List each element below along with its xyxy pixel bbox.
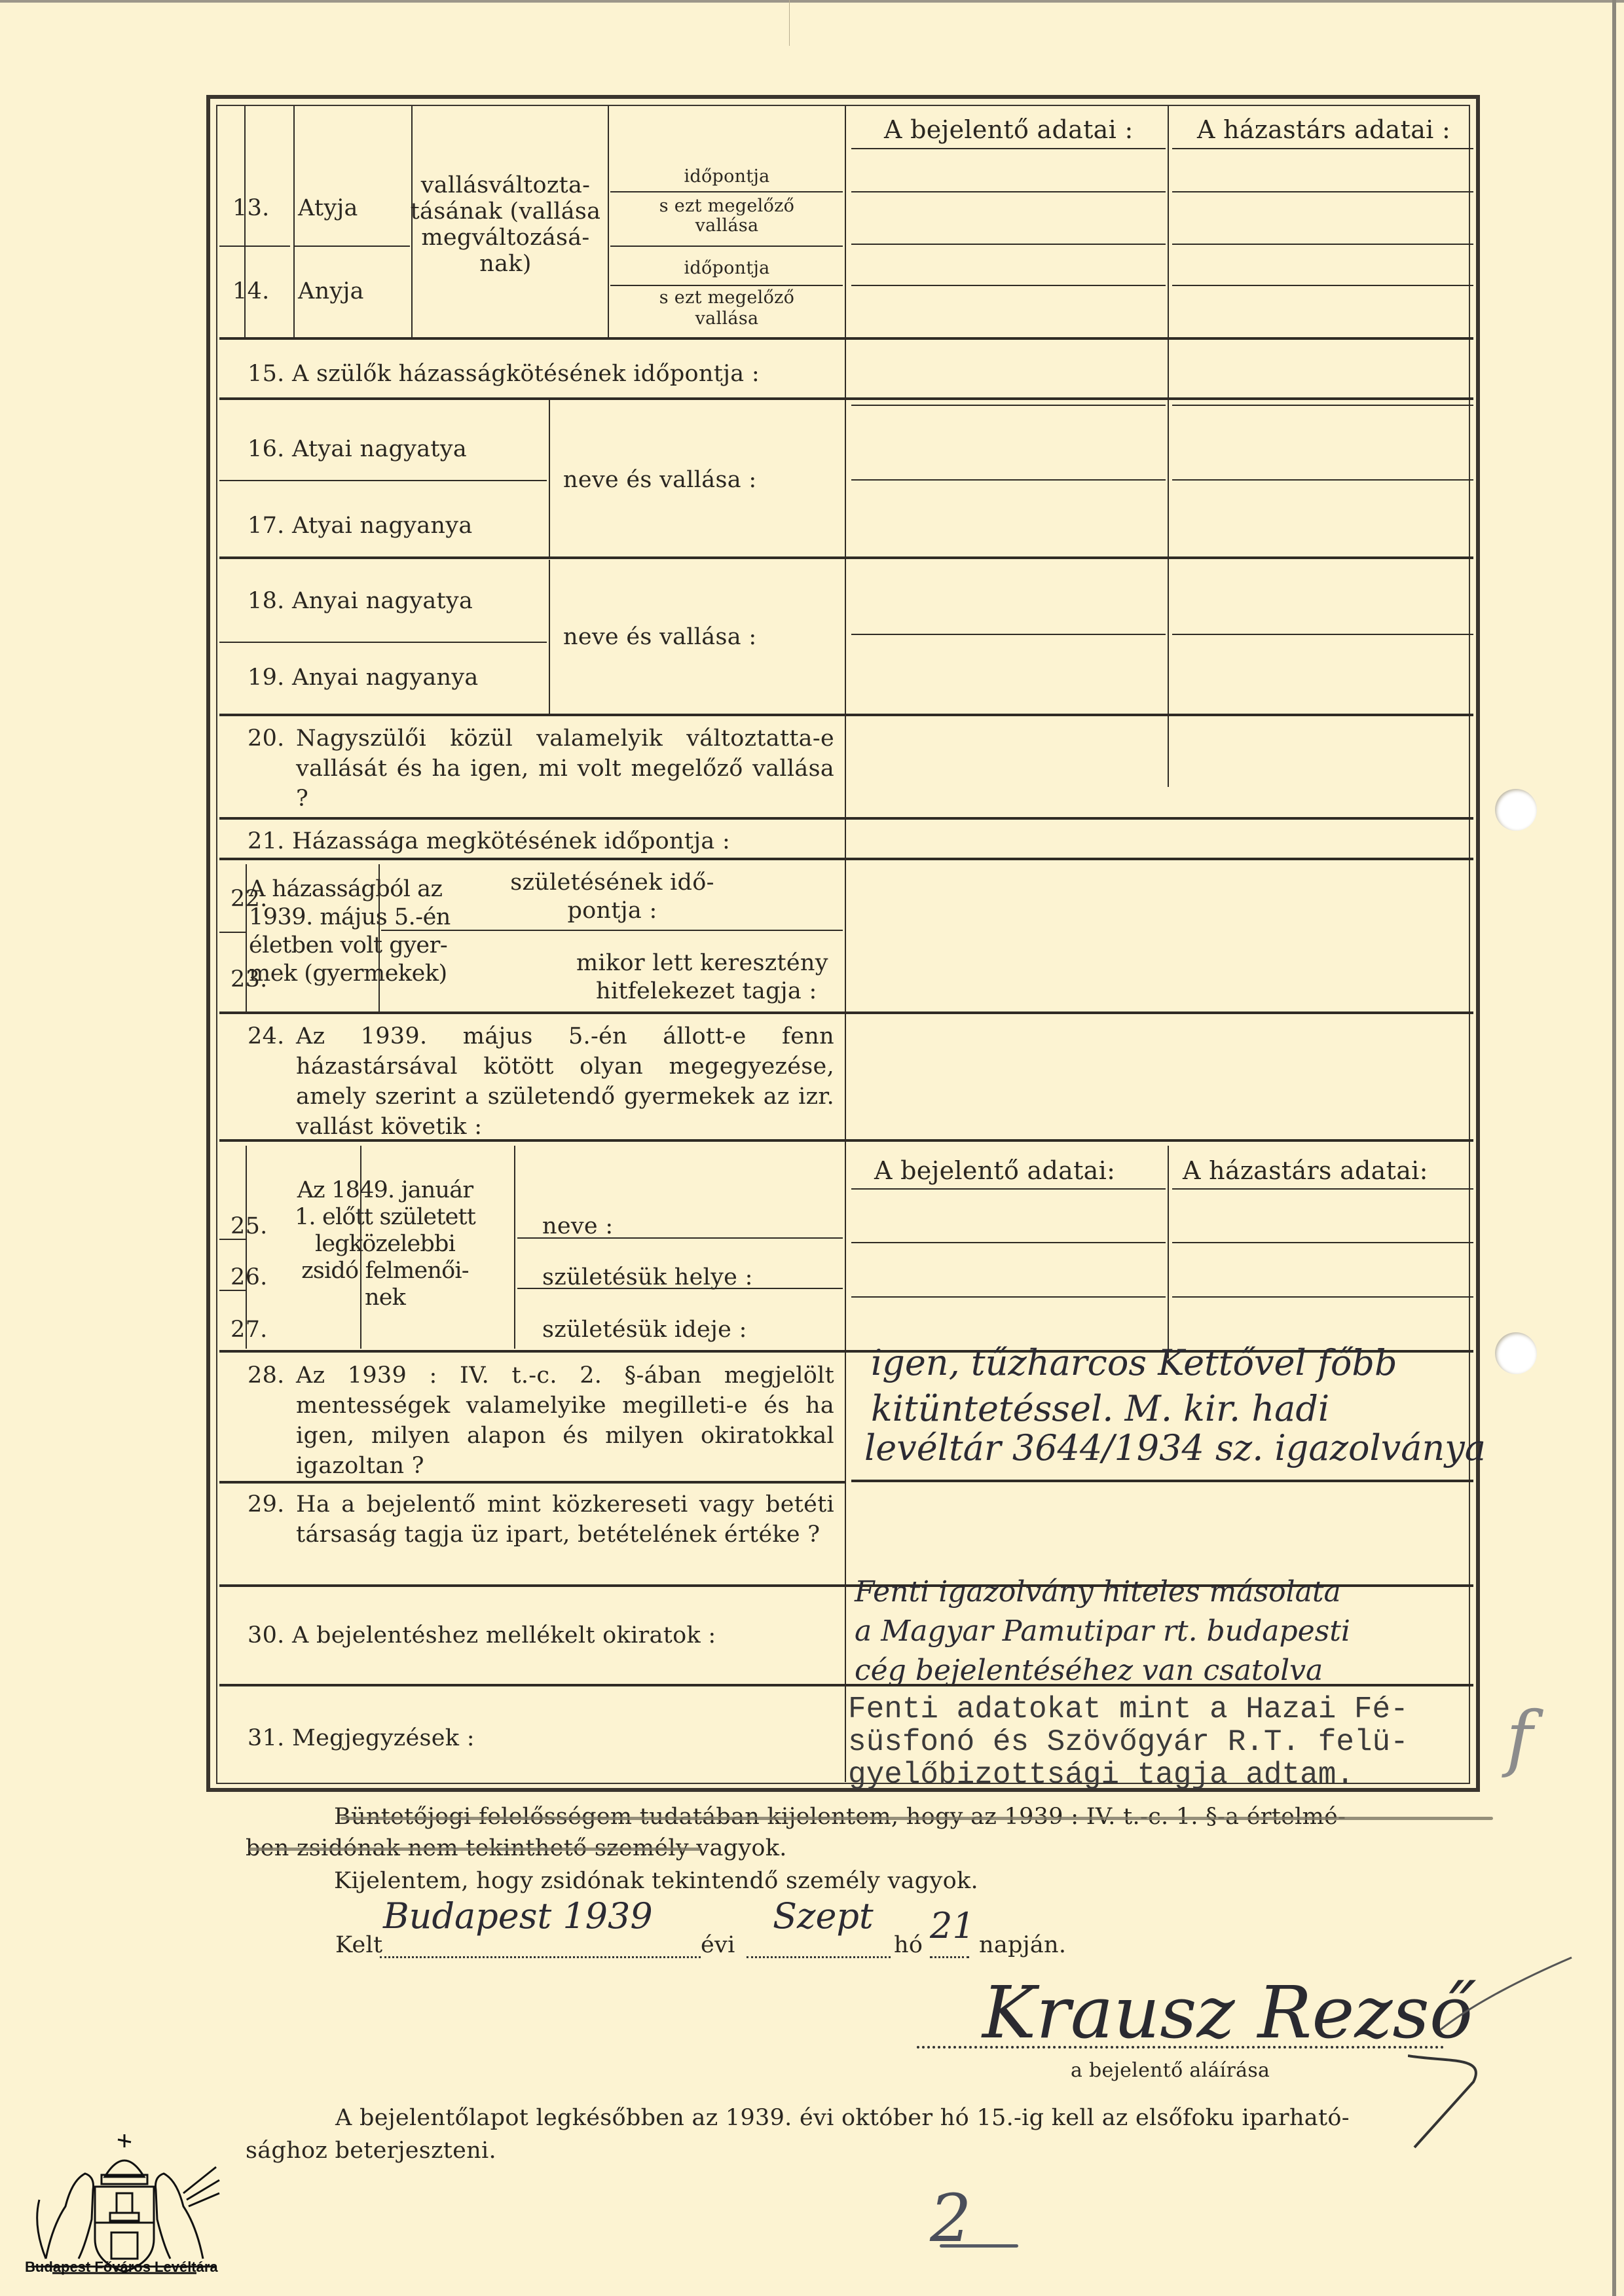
page-number-underline <box>940 2244 1018 2248</box>
footer-note-line-2: sághoz beterjeszteni. <box>246 2136 496 2166</box>
row-16-label: 16. Atyai nagyatya <box>248 434 467 464</box>
row-25-27-desc-5: nek <box>248 1283 523 1313</box>
rule <box>1172 148 1473 149</box>
row-15-label: 15. A szülők házasságkötésének időpontja… <box>248 359 760 389</box>
section-rule <box>219 1139 1473 1142</box>
header2-declarant: A bejelentő adatai: <box>874 1156 1115 1186</box>
row-13-label: Atyja <box>298 193 358 223</box>
rule <box>1172 405 1473 406</box>
row-25-27-desc-4: zsidó felmenői- <box>248 1256 523 1286</box>
napjan-label: napján. <box>979 1930 1066 1960</box>
section-rule <box>219 556 1473 559</box>
row-22-23-desc-3: életben volt gyer- <box>249 930 378 960</box>
rule <box>610 285 843 286</box>
row-14-label: Anyja <box>298 276 364 306</box>
row-25-27-desc-1: Az 1849. január <box>248 1175 523 1205</box>
rule <box>851 148 1166 149</box>
header-spouse: A házastárs adatai : <box>1197 115 1450 145</box>
row-19-label: 19. Anyai nagyanya <box>248 663 479 693</box>
section-rule <box>851 1480 1473 1482</box>
row-31-typed-line-1: Fenti adatokat mint a Hazai Fé- <box>848 1692 1409 1726</box>
row-14-number: 14. <box>232 276 270 306</box>
rule <box>1172 1296 1473 1298</box>
row-30-answer-line-1: Fenti igazolvány hiteles másolata <box>855 1571 1341 1613</box>
row-23-sub-1: mikor lett keresztény <box>576 948 828 978</box>
answer-subcolumn-divider-bottom <box>1168 1146 1169 1358</box>
divider <box>549 560 550 716</box>
divider <box>549 399 550 556</box>
footer-note-line-1: A bejelentőlapot legkésőbben az 1939. év… <box>335 2103 1350 2133</box>
row-25-sub: neve : <box>542 1211 613 1241</box>
section-rule <box>219 1684 1473 1686</box>
row-20-number: 20. <box>248 723 285 754</box>
row-31-label: 31. Megjegyzések : <box>248 1723 475 1753</box>
row-30-label: 30. A bejelentéshez mellékelt okiratok : <box>248 1620 716 1650</box>
ho-label: hó <box>894 1930 923 1960</box>
punch-hole <box>1495 1332 1537 1374</box>
kelt-label: Kelt <box>335 1930 382 1960</box>
row-25-27-desc-3: legközelebbi <box>248 1229 523 1259</box>
rule <box>851 285 1166 286</box>
rule <box>1172 285 1473 286</box>
rule <box>219 932 246 933</box>
rule <box>1172 244 1473 245</box>
rule <box>610 246 843 247</box>
row-14-prev-label-1: s ezt megelőző <box>609 288 845 308</box>
row-22-23-desc-4: mek (gyermekek) <box>249 958 378 989</box>
section-rule <box>219 714 1473 716</box>
rule <box>1172 191 1473 192</box>
row-31-typed-line-2: süsfonó és Szövőgyár R.T. felü- <box>848 1725 1409 1759</box>
month-handwritten: Szept <box>773 1895 874 1937</box>
rule <box>1172 1188 1473 1190</box>
signature-flourish-icon <box>1408 1951 1604 2160</box>
rule <box>1172 1242 1473 1243</box>
day-handwritten: 21 <box>930 1905 975 1946</box>
row-28-number: 28. <box>248 1360 285 1391</box>
row-17-label: 17. Atyai nagyanya <box>248 511 473 541</box>
rule <box>851 634 1166 635</box>
section-rule <box>219 397 1473 400</box>
row-25-27-desc-2: 1. előtt született <box>248 1202 523 1232</box>
place-year-handwritten: Budapest 1939 <box>383 1895 653 1937</box>
column-divider <box>845 106 846 1782</box>
header2-spouse: A házastárs adatai: <box>1183 1156 1428 1186</box>
row-13-number: 13. <box>232 193 270 223</box>
rule <box>851 244 1166 245</box>
page-edge-right <box>1612 0 1616 2296</box>
rule <box>219 246 290 247</box>
row-16-17-desc: neve és vallása : <box>563 465 756 495</box>
page-edge-top <box>0 0 1624 3</box>
fold-line <box>789 0 790 46</box>
rule <box>219 642 547 643</box>
row-30-answer-line-2: a Magyar Pamutipar rt. budapesti <box>855 1611 1350 1652</box>
row-24-number: 24. <box>248 1021 285 1051</box>
strikethrough <box>249 1848 701 1851</box>
rule <box>1172 634 1473 635</box>
row-28-answer-line-1: igen, tűzharcos Kettővel főbb <box>871 1342 1397 1383</box>
rule <box>851 405 1166 406</box>
row-13-prev-label-1: s ezt megelőző <box>609 196 845 216</box>
rule <box>851 1242 1166 1243</box>
row-18-19-desc: neve és vallása : <box>563 622 756 652</box>
rule <box>610 191 843 192</box>
evi-label: évi <box>701 1930 735 1960</box>
rule <box>851 1188 1166 1190</box>
row-13-14-desc-4: nak) <box>388 249 623 279</box>
header-declarant: A bejelentő adatai : <box>884 115 1134 145</box>
punch-hole <box>1495 789 1537 831</box>
strikethrough <box>341 1817 1493 1820</box>
row-26-sub: születésük helye : <box>542 1262 753 1292</box>
row-21-label: 21. Házassága megkötésének időpontja : <box>248 826 730 856</box>
signature-handwritten: Krausz Rezső <box>982 1971 1473 2054</box>
answer-subcolumn-divider-top <box>1168 106 1169 787</box>
row-22-sub-2: pontja : <box>380 896 845 926</box>
row-14-date-label: időpontja <box>609 259 845 278</box>
section-rule <box>219 1481 845 1484</box>
row-27-number: 27. <box>231 1315 268 1345</box>
section-rule <box>219 858 1473 860</box>
row-28-label: Az 1939 : IV. t.-c. 2. §-ában megjelölt … <box>296 1360 834 1481</box>
signature-dots <box>917 2046 1444 2049</box>
row-31-typed-line-3: gyelőbizottsági tagja adtam. <box>848 1758 1354 1792</box>
rule <box>851 1296 1166 1298</box>
row-23-sub-2: hitfelekezet tagja : <box>596 976 817 1006</box>
section-rule <box>219 1011 1473 1014</box>
row-28-answer-line-2: kitüntetéssel. M. kir. hadi <box>871 1388 1329 1429</box>
row-13-prev-label-2: vallása <box>609 216 845 236</box>
row-22-23-desc-2: 1939. május 5.-én <box>249 902 378 932</box>
row-29-label: Ha a bejelentő mint közkereseti vagy bet… <box>296 1489 834 1550</box>
row-20-label: Nagyszülői közül valamelyik változtatta-… <box>296 723 834 814</box>
rule <box>851 479 1166 481</box>
signature-caption: a bejelentő aláírása <box>1071 2061 1270 2081</box>
archive-logo-text: Budapest Főváros Levéltára <box>25 2259 218 2276</box>
row-24-label: Az 1939. május 5.-én állott-e fenn házas… <box>296 1021 834 1142</box>
row-14-prev-label-2: vallása <box>609 309 845 329</box>
divider <box>293 106 295 338</box>
row-13-date-label: időpontja <box>609 167 845 187</box>
rule <box>1172 479 1473 481</box>
section-rule <box>219 337 1473 340</box>
row-27-sub: születésük ideje : <box>542 1315 747 1345</box>
section-rule <box>219 817 1473 820</box>
row-22-23-desc-1: A házasságból az <box>249 874 378 904</box>
declaration-statement: Kijelentem, hogy zsidónak tekintendő sze… <box>334 1866 978 1896</box>
rule <box>851 191 1166 192</box>
row-18-label: 18. Anyai nagyatya <box>248 586 473 616</box>
rule <box>219 480 547 481</box>
row-28-answer-line-3: levéltár 3644/1934 sz. igazolványa <box>864 1427 1486 1468</box>
row-29-number: 29. <box>248 1489 285 1520</box>
row-22-sub-1: születésének idő- <box>380 867 845 898</box>
margin-pencil-mark: f <box>1506 1696 1533 1779</box>
